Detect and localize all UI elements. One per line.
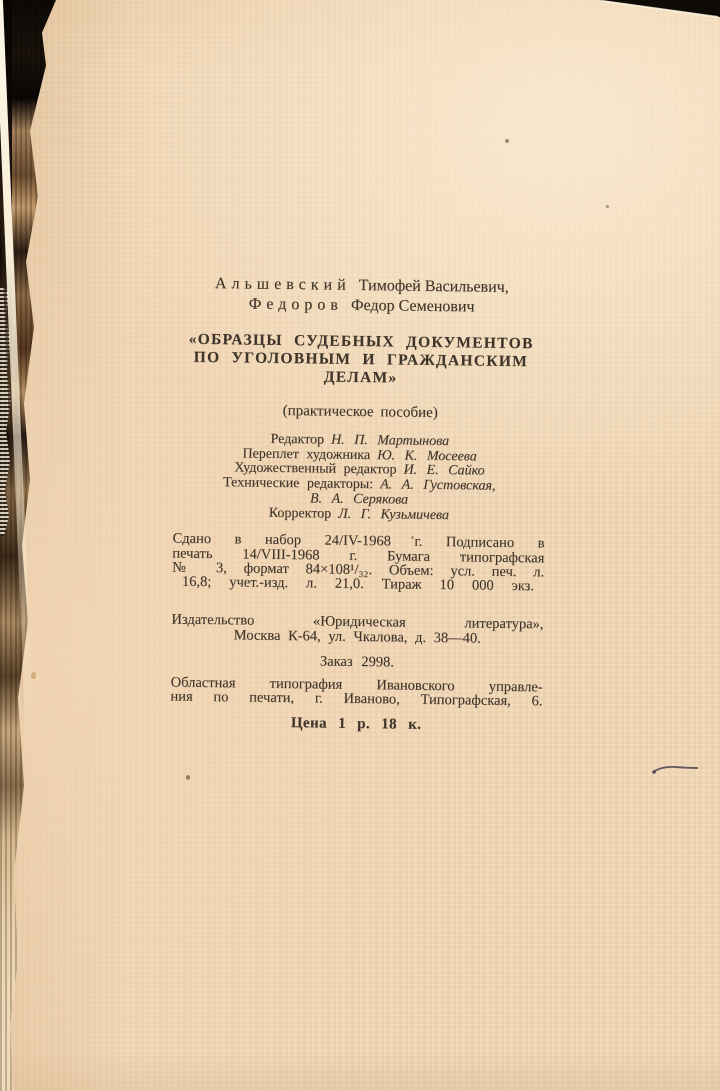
staff-person: Н. П. Мартынова [331, 433, 449, 450]
book-title: «ОБРАЗЦЫ СУДЕБНЫХ ДОКУМЕНТОВ ПО УГОЛОВНЫ… [175, 331, 548, 390]
paper-speck [606, 205, 609, 208]
paper-speck [186, 775, 190, 780]
printer-block: Областная типография Ивановского управле… [170, 675, 542, 709]
print-imprint-block: Сдано в набор 24/IV-1968 г. Подписано в … [172, 532, 545, 594]
staff-person: В. А. Серякова [310, 491, 408, 507]
imprint-text-column: АльшевскийТимофей Васильевич, ФедоровФед… [170, 274, 548, 736]
staff-role: Редактор [270, 432, 324, 448]
authors-block: АльшевскийТимофей Васильевич, ФедоровФед… [175, 274, 547, 319]
publisher-block: Издательство «Юридическая литература», М… [171, 612, 543, 647]
scanned-book-page: АльшевскийТимофей Васильевич, ФедоровФед… [0, 0, 720, 1091]
imprint-line: 16,8; учет.-изд. л. 21,0. Тираж 10 000 э… [172, 575, 544, 594]
staff-credits: РедакторН. П. Мартынова Переплет художни… [173, 432, 546, 525]
staff-role: Технические редакторы: [223, 475, 373, 492]
scanner-background-corner [600, 0, 720, 27]
paper-speck [505, 139, 509, 143]
author-surname: Альшевский [215, 275, 351, 294]
author-surname: Федоров [249, 296, 343, 314]
staff-person: И. Е. Сайко [403, 463, 484, 479]
pen-mark [650, 761, 702, 782]
paper-speck [31, 672, 36, 679]
staff-person: Л. Г. Кузьмичева [338, 506, 449, 522]
author-given-names: Тимофей Васильевич, [359, 277, 509, 296]
staff-role: Корректор [269, 505, 332, 521]
staff-person: Ю. К. Мосеева [377, 448, 477, 464]
order-number: Заказ 2998. [171, 652, 543, 672]
book-subtitle: (практическое пособие) [174, 401, 546, 424]
author-given-names: Федор Семенович [351, 297, 475, 316]
printer-line: ния по печати, г. Иваново, Типографская,… [170, 690, 542, 709]
book-title-line: ПО УГОЛОВНЫМ И ГРАЖДАНСКИМ ДЕЛАМ» [175, 349, 547, 390]
